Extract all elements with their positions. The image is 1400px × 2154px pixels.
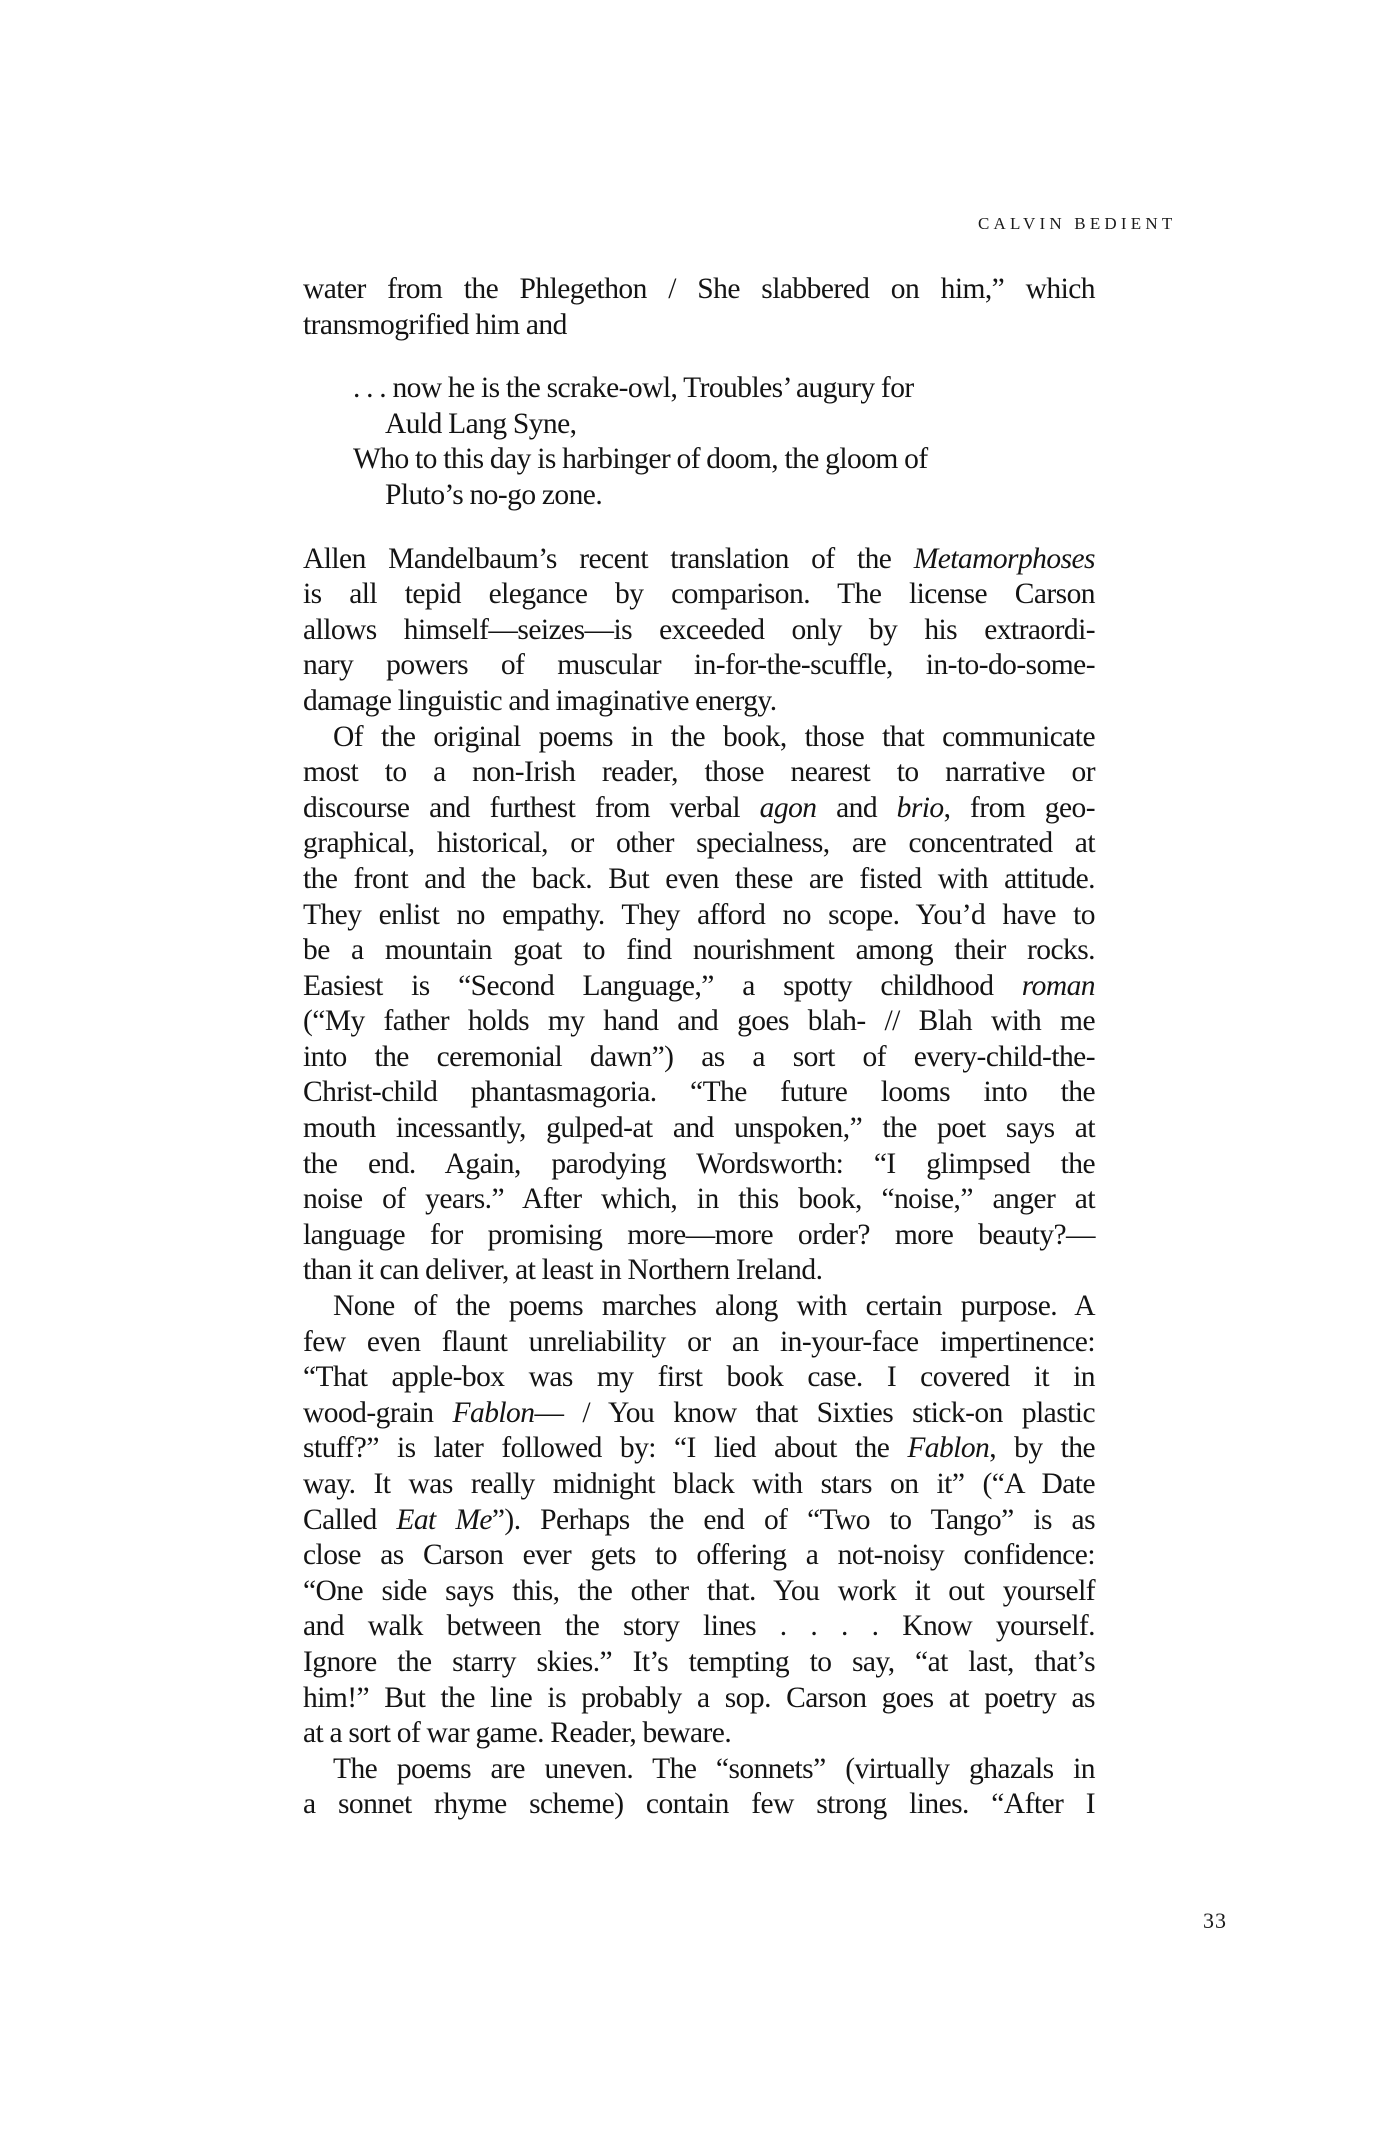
italic-text: Fablon [907,1432,989,1464]
text-line: discourse and furthest from verbal agon … [303,791,1095,827]
text-line: None of the poems marches along with cer… [303,1289,1095,1325]
text-line: mouth incessantly, gulped-at and unspoke… [303,1111,1095,1147]
italic-text: agon [760,792,817,824]
text-line: transmogrified him and [303,308,1095,344]
body-paragraphs: Allen Mandelbaum’s recent translation of… [303,542,1095,1823]
text-line: him!” But the line is probably a sop. Ca… [303,1681,1095,1717]
text-line: the end. Again, parodying Wordsworth: “I… [303,1147,1095,1183]
text-line: few even flaunt unreliability or an in-y… [303,1325,1095,1361]
paragraph: Allen Mandelbaum’s recent translation of… [303,542,1095,720]
italic-text: brio [897,792,944,824]
poem-line: Auld Lang Syne, [353,407,1095,443]
spacer [303,514,1095,542]
text-line: into the ceremonial dawn”) as a sort of … [303,1040,1095,1076]
text-line: close as Carson ever gets to offering a … [303,1538,1095,1574]
running-head: CALVIN BEDIENT [978,214,1176,234]
opening-paragraph: water from the Phlegethon / She slabbere… [303,272,1095,343]
text-line: is all tepid elegance by comparison. The… [303,577,1095,613]
text-line: (“My father holds my hand and goes blah-… [303,1004,1095,1040]
text-line: “One side says this, the other that. You… [303,1574,1095,1610]
text-line: damage linguistic and imaginative energy… [303,684,1095,720]
text-line: noise of years.” After which, in this bo… [303,1182,1095,1218]
poem-line: Pluto’s no-go zone. [353,478,1095,514]
text-line: wood-grain Fablon— / You know that Sixti… [303,1396,1095,1432]
text-line: Ignore the starry skies.” It’s tempting … [303,1645,1095,1681]
text-line: graphical, historical, or other specialn… [303,826,1095,862]
text-line: the front and the back. But even these a… [303,862,1095,898]
text-line: language for promising more—more order? … [303,1218,1095,1254]
text-line: Christ-child phantasmagoria. “The future… [303,1075,1095,1111]
paragraph: Of the original poems in the book, those… [303,720,1095,1290]
italic-text: Fablon [453,1397,535,1429]
text-line: stuff?” is later followed by: “I lied ab… [303,1431,1095,1467]
paragraph: The poems are uneven. The “sonnets” (vir… [303,1752,1095,1823]
text-line: nary powers of muscular in-for-the-scuff… [303,648,1095,684]
text-line: Easiest is “Second Language,” a spotty c… [303,969,1095,1005]
italic-text: Metamorphoses [914,543,1095,575]
text-line: The poems are uneven. The “sonnets” (vir… [303,1752,1095,1788]
paragraph: None of the poems marches along with cer… [303,1289,1095,1752]
poem-line: . . . now he is the scrake-owl, Troubles… [353,371,1095,407]
text-line: allows himself—seizes—is exceeded only b… [303,613,1095,649]
text-line: water from the Phlegethon / She slabbere… [303,272,1095,308]
spacer [303,343,1095,371]
text-line: at a sort of war game. Reader, beware. [303,1716,1095,1752]
text-block: water from the Phlegethon / She slabbere… [303,272,1095,1823]
text-line: They enlist no empathy. They afford no s… [303,898,1095,934]
poem-line: Who to this day is harbinger of doom, th… [353,442,1095,478]
page-number: 33 [1203,1908,1227,1934]
text-line: Of the original poems in the book, those… [303,720,1095,756]
text-line: than it can deliver, at least in Norther… [303,1253,1095,1289]
block-quote-poem: . . . now he is the scrake-owl, Troubles… [303,371,1095,513]
text-line: Called Eat Me”). Perhaps the end of “Two… [303,1503,1095,1539]
text-line: way. It was really midnight black with s… [303,1467,1095,1503]
text-line: most to a non-Irish reader, those neares… [303,755,1095,791]
text-line: and walk between the story lines . . . .… [303,1609,1095,1645]
text-line: “That apple-box was my first book case. … [303,1360,1095,1396]
text-line: Allen Mandelbaum’s recent translation of… [303,542,1095,578]
italic-text: Eat Me [396,1504,492,1536]
text-line: a sonnet rhyme scheme) contain few stron… [303,1787,1095,1823]
italic-text: roman [1022,970,1095,1002]
text-line: be a mountain goat to find nourishment a… [303,933,1095,969]
